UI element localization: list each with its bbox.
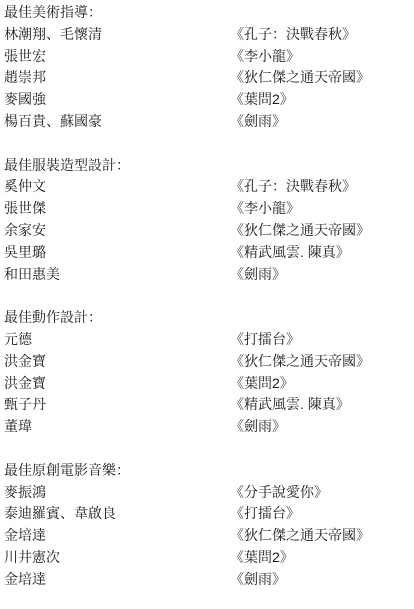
film-title: 《劍雨》 — [230, 264, 286, 286]
film-title: 《葉問2》 — [230, 373, 294, 395]
nominee-row: 金培達 《狄仁傑之通天帝國》 — [4, 525, 414, 547]
film-title: 《劍雨》 — [230, 569, 286, 591]
nominee-name: 林潮翔、毛懷清 — [4, 24, 230, 46]
film-title: 《狄仁傑之通天帝國》 — [230, 525, 370, 547]
nominee-row: 奚仲文 《孔子：決戰春秋》 — [4, 176, 414, 198]
nominee-row: 楊百貴、蘇國豪 《劍雨》 — [4, 111, 414, 133]
nominee-row: 余家安 《狄仁傑之通天帝國》 — [4, 220, 414, 242]
nominee-row: 林潮翔、毛懷清 《孔子：決戰春秋》 — [4, 24, 414, 46]
nominee-name: 甄子丹 — [4, 394, 230, 416]
nominee-name: 余家安 — [4, 220, 230, 242]
nominee-row: 甄子丹 《精武風雲. 陳真》 — [4, 394, 414, 416]
nominee-name: 董瑋 — [4, 416, 230, 438]
nominee-name: 洪金寶 — [4, 373, 230, 395]
section-original-film-music: 最佳原創電影音樂： 麥振鴻 《分手說愛你》 泰迪羅賓、韋啟良 《打擂台》 金培達… — [4, 460, 414, 591]
nominee-name: 金培達 — [4, 525, 230, 547]
section-costume-design: 最佳服裝造型設計： 奚仲文 《孔子：決戰春秋》 張世傑 《李小龍》 余家安 《狄… — [4, 155, 414, 286]
film-title: 《狄仁傑之通天帝國》 — [230, 67, 370, 89]
film-title: 《李小龍》 — [230, 46, 300, 68]
nominee-name: 川井憲次 — [4, 547, 230, 569]
nominee-row: 元德 《打擂台》 — [4, 329, 414, 351]
nominee-name: 張世宏 — [4, 46, 230, 68]
film-title: 《李小龍》 — [230, 198, 300, 220]
nominee-name: 金培達 — [4, 569, 230, 591]
section-action-design: 最佳動作設計： 元德 《打擂台》 洪金寶 《狄仁傑之通天帝國》 洪金寶 《葉問2… — [4, 307, 414, 438]
award-category-heading: 最佳美術指導： — [4, 2, 414, 24]
film-title: 《精武風雲. 陳真》 — [230, 242, 350, 264]
film-title: 《分手說愛你》 — [230, 482, 328, 504]
nominee-row: 趙崇邦 《狄仁傑之通天帝國》 — [4, 67, 414, 89]
award-category-heading: 最佳原創電影音樂： — [4, 460, 414, 482]
film-title: 《孔子：決戰春秋》 — [230, 176, 356, 198]
film-title: 《精武風雲. 陳真》 — [230, 394, 350, 416]
nominee-name: 奚仲文 — [4, 176, 230, 198]
nominee-row: 張世宏 《李小龍》 — [4, 46, 414, 68]
nominee-row: 和田惠美 《劍雨》 — [4, 264, 414, 286]
nominee-name: 泰迪羅賓、韋啟良 — [4, 503, 230, 525]
nominee-row: 泰迪羅賓、韋啟良 《打擂台》 — [4, 503, 414, 525]
award-category-heading: 最佳服裝造型設計： — [4, 155, 414, 177]
nominee-name: 吳里璐 — [4, 242, 230, 264]
nominee-name: 和田惠美 — [4, 264, 230, 286]
nominee-name: 洪金寶 — [4, 351, 230, 373]
nominee-row: 洪金寶 《狄仁傑之通天帝國》 — [4, 351, 414, 373]
nominee-row: 金培達 《劍雨》 — [4, 569, 414, 591]
nominee-row: 川井憲次 《葉問2》 — [4, 547, 414, 569]
nominee-name: 元德 — [4, 329, 230, 351]
film-title: 《孔子：決戰春秋》 — [230, 24, 356, 46]
film-title: 《打擂台》 — [230, 503, 300, 525]
nominee-name: 楊百貴、蘇國豪 — [4, 111, 230, 133]
nominee-row: 張世傑 《李小龍》 — [4, 198, 414, 220]
film-title: 《葉問2》 — [230, 547, 294, 569]
nominee-row: 麥振鴻 《分手說愛你》 — [4, 482, 414, 504]
nominee-row: 麥國強 《葉問2》 — [4, 89, 414, 111]
film-title: 《狄仁傑之通天帝國》 — [230, 351, 370, 373]
film-title: 《葉問2》 — [230, 89, 294, 111]
nominee-row: 吳里璐 《精武風雲. 陳真》 — [4, 242, 414, 264]
award-category-heading: 最佳動作設計： — [4, 307, 414, 329]
film-title: 《劍雨》 — [230, 111, 286, 133]
nominee-name: 麥國強 — [4, 89, 230, 111]
nominee-name: 張世傑 — [4, 198, 230, 220]
section-art-direction: 最佳美術指導： 林潮翔、毛懷清 《孔子：決戰春秋》 張世宏 《李小龍》 趙崇邦 … — [4, 2, 414, 133]
nominations-document: 最佳美術指導： 林潮翔、毛懷清 《孔子：決戰春秋》 張世宏 《李小龍》 趙崇邦 … — [0, 0, 414, 591]
nominee-row: 洪金寶 《葉問2》 — [4, 373, 414, 395]
film-title: 《狄仁傑之通天帝國》 — [230, 220, 370, 242]
film-title: 《劍雨》 — [230, 416, 286, 438]
film-title: 《打擂台》 — [230, 329, 300, 351]
nominee-name: 趙崇邦 — [4, 67, 230, 89]
nominee-row: 董瑋 《劍雨》 — [4, 416, 414, 438]
nominee-name: 麥振鴻 — [4, 482, 230, 504]
